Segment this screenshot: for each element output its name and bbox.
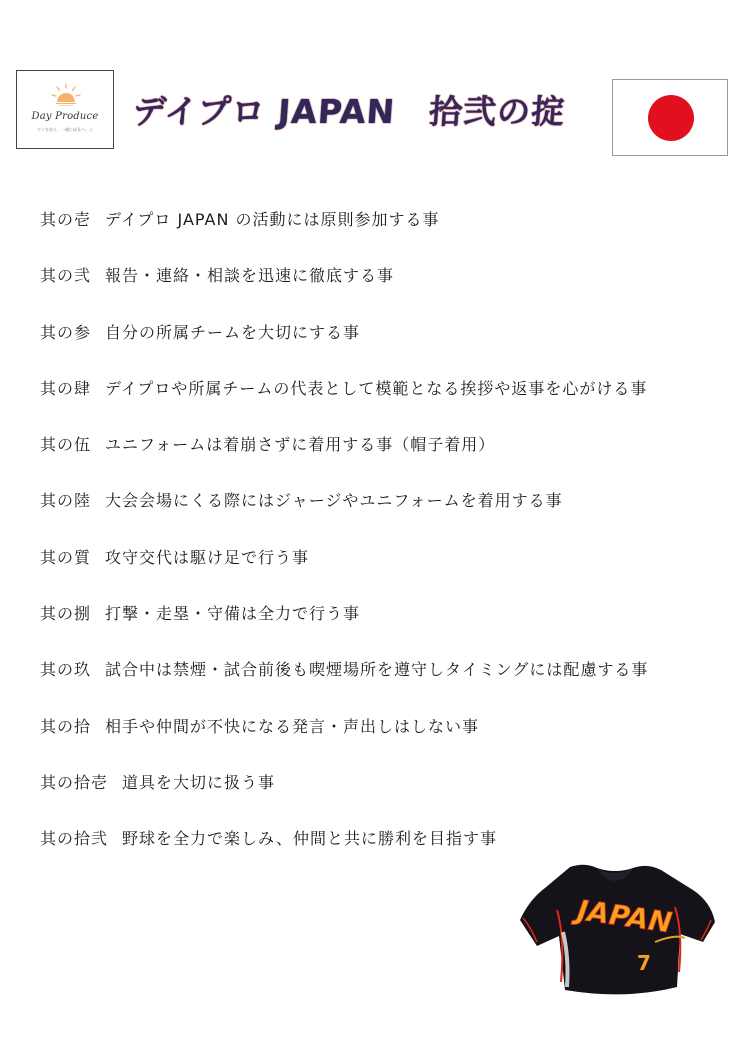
flag-red-disc [648, 95, 694, 141]
rule-number: 其の玖 [40, 658, 91, 682]
rule-item-9: 其の玖 試合中は禁煙・試合前後も喫煙場所を遵守しタイミングには配慮する事 [40, 658, 648, 714]
rule-number: 其の参 [40, 321, 91, 345]
rules-list: 其の壱 デイプロ JAPAN の活動には原則参加する事 其の弐 報告・連絡・相談… [40, 208, 648, 884]
rule-text: 自分の所属チームを大切にする事 [105, 321, 360, 345]
rule-item-2: 其の弐 報告・連絡・相談を迅速に徹底する事 [40, 264, 648, 320]
rule-number: 其の伍 [40, 433, 91, 457]
rule-item-11: 其の拾壱 道具を大切に扱う事 [40, 771, 648, 827]
rule-text: 道具を大切に扱う事 [122, 771, 275, 795]
rule-number: 其の陸 [40, 489, 91, 513]
rule-text: デイプロ JAPAN の活動には原則参加する事 [105, 208, 440, 232]
rule-text: 攻守交代は駆け足で行う事 [105, 546, 309, 570]
rule-text: 試合中は禁煙・試合前後も喫煙場所を遵守しタイミングには配慮する事 [105, 658, 648, 682]
rule-item-6: 其の陸 大会会場にくる際にはジャージやユニフォームを着用する事 [40, 489, 648, 545]
rule-text: 大会会場にくる際にはジャージやユニフォームを着用する事 [105, 489, 563, 513]
page-title: デイプロ JAPAN 拾弐の掟 [131, 86, 567, 133]
rule-number: 其の捌 [40, 602, 91, 626]
logo-tagline: ワンを皆と、一緒に成長へ…よ [17, 127, 113, 133]
rule-text: ユニフォームは着崩さずに着用する事（帽子着用） [105, 433, 495, 457]
rule-item-8: 其の捌 打撃・走塁・守備は全力で行う事 [40, 602, 648, 658]
rule-number: 其の弐 [40, 264, 91, 288]
rising-sun-icon [51, 83, 81, 109]
rule-text: 打撃・走塁・守備は全力で行う事 [105, 602, 360, 626]
rule-number: 其の拾弐 [40, 827, 108, 851]
day-produce-logo: Day Produce ワンを皆と、一緒に成長へ…よ [16, 70, 114, 149]
rule-number: 其の拾壱 [40, 771, 108, 795]
rule-item-5: 其の伍 ユニフォームは着崩さずに着用する事（帽子着用） [40, 433, 648, 489]
rule-number: 其の拾 [40, 715, 91, 739]
rule-item-4: 其の肆 デイプロや所属チームの代表として模範となる挨拶や返事を心がける事 [40, 377, 648, 433]
rule-text: 相手や仲間が不快になる発言・声出しはしない事 [105, 715, 479, 739]
rule-text: デイプロや所属チームの代表として模範となる挨拶や返事を心がける事 [105, 377, 647, 401]
rule-number: 其の質 [40, 546, 91, 570]
rule-number: 其の壱 [40, 208, 91, 232]
rule-item-7: 其の質 攻守交代は駆け足で行う事 [40, 546, 648, 602]
japan-flag-icon [612, 79, 728, 156]
rule-item-1: 其の壱 デイプロ JAPAN の活動には原則参加する事 [40, 208, 648, 264]
rule-item-3: 其の参 自分の所属チームを大切にする事 [40, 321, 648, 377]
rule-text: 野球を全力で楽しみ、仲間と共に勝利を目指す事 [122, 827, 497, 851]
jersey-image: JAPAN 7 [515, 862, 720, 1002]
jersey-number: 7 [637, 951, 651, 975]
rule-text: 報告・連絡・相談を迅速に徹底する事 [105, 264, 394, 288]
rule-number: 其の肆 [40, 377, 91, 401]
logo-brand-name: Day Produce [17, 111, 113, 122]
rule-item-10: 其の拾 相手や仲間が不快になる発言・声出しはしない事 [40, 715, 648, 771]
